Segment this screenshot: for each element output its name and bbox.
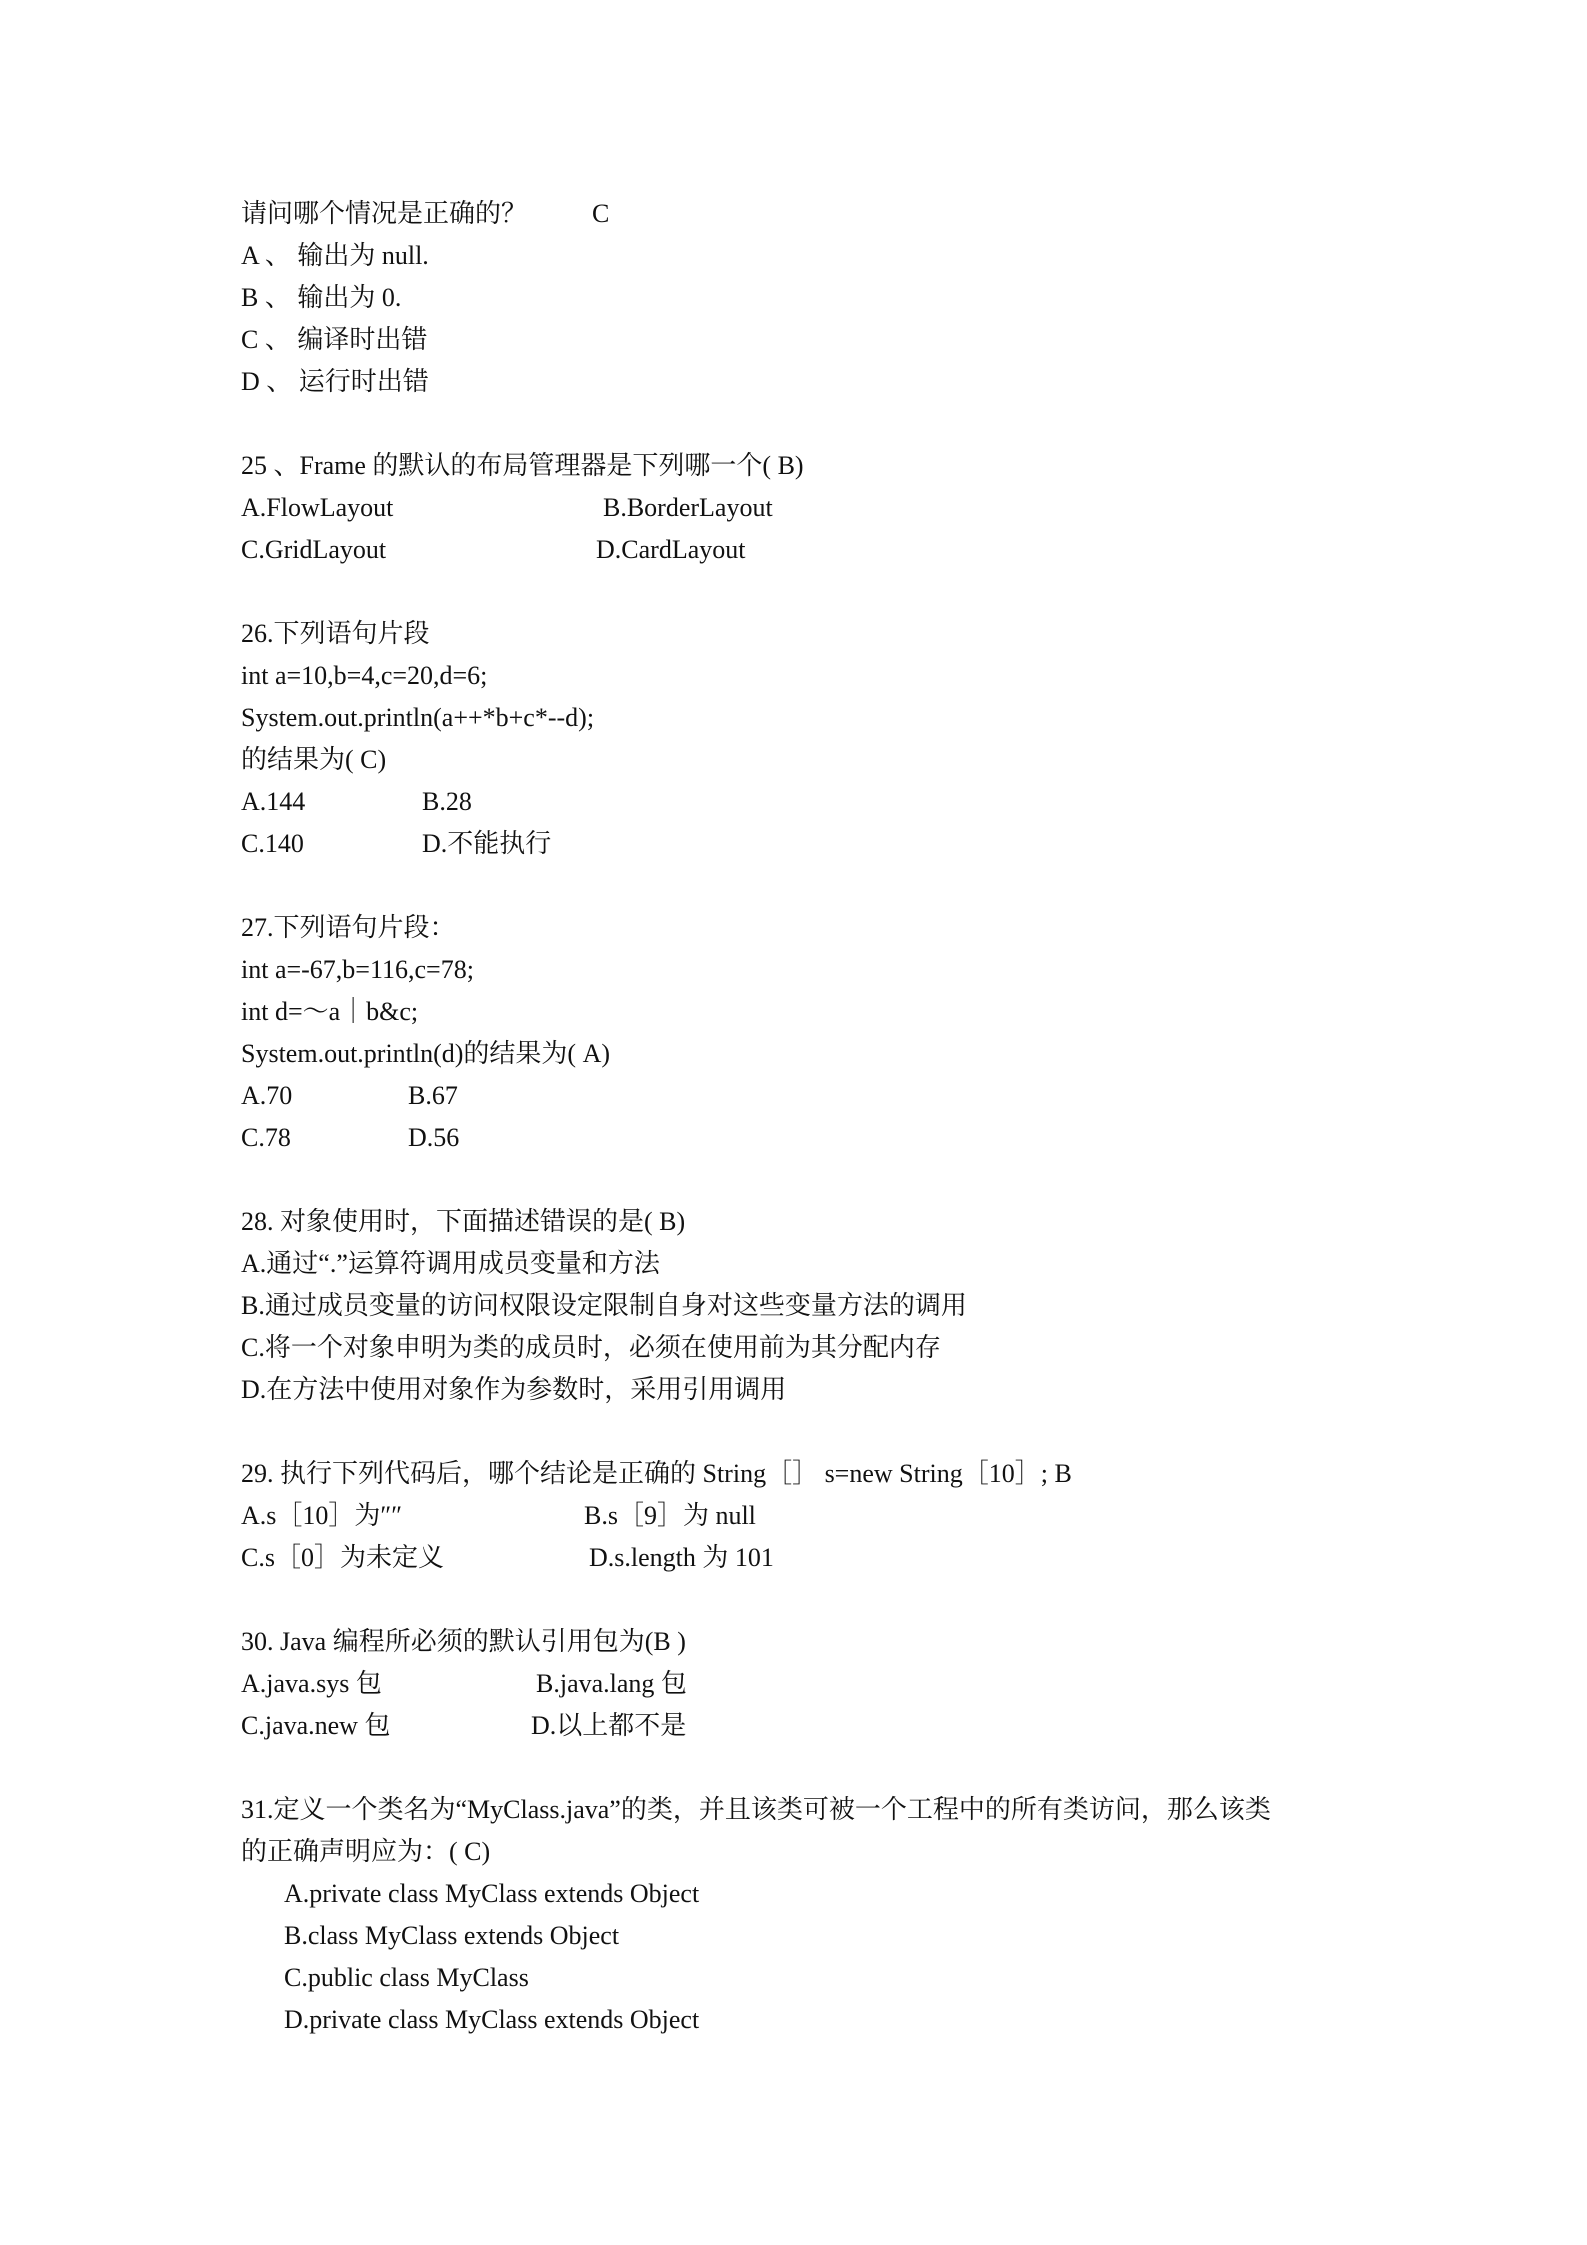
q31-question-line-1: 31.定义一个类名为“MyClass.java”的类，并且该类可被一个工程中的所… [241,1794,1271,1826]
q25-options-row2: C.GridLayout D.CardLayout [241,534,941,566]
q29-question: 29. 执行下列代码后，哪个结论是正确的 String［］ s=new Stri… [241,1458,1072,1490]
q29-options-row1: A.s［10］为″″ B.s［9］为 null [241,1500,941,1532]
q28-option-d: D.在方法中使用对象作为参数时，采用引用调用 [241,1374,786,1406]
q26-option-b: B.28 [422,786,472,818]
q27-code-line-1: int a=-67,b=116,c=78; [241,954,474,986]
q25-option-d: D.CardLayout [596,534,745,566]
q27-option-b: B.67 [408,1080,458,1112]
q30-question: 30. Java 编程所必须的默认引用包为(B ) [241,1626,686,1658]
q28-question: 28. 对象使用时，下面描述错误的是( B) [241,1206,685,1238]
q31-option-a: A.private class MyClass extends Object [284,1878,699,1910]
q30-option-c: C.java.new 包 [241,1711,390,1740]
q30-options-row2: C.java.new 包 D.以上都不是 [241,1710,941,1742]
q26-code-line-2: System.out.println(a++*b+c*--d); [241,702,594,734]
q25-option-c: C.GridLayout [241,535,386,564]
q24-option-a: A 、 输出为 null. [241,240,429,272]
q24-option-c: C 、 编译时出错 [241,324,427,356]
q26-option-a: A.144 [241,787,305,816]
q26-options-row1: A.144 B.28 [241,786,741,818]
q24-answer: C [592,198,609,230]
q29-option-c: C.s［0］为未定义 [241,1543,444,1572]
q27-option-c: C.78 [241,1123,291,1152]
q24-option-d: D 、 运行时出错 [241,366,429,398]
q26-option-c: C.140 [241,829,304,858]
q27-option-d: D.56 [408,1122,459,1154]
q25-options-row1: A.FlowLayout B.BorderLayout [241,492,941,524]
q27-options-row2: C.78 D.56 [241,1122,741,1154]
q27-code-line-2: int d=～a｜b&c; [241,996,418,1028]
q26-option-d: D.不能执行 [422,828,551,860]
q24-option-b: B 、 输出为 0. [241,282,401,314]
q28-option-c: C.将一个对象申明为类的成员时，必须在使用前为其分配内存 [241,1332,941,1364]
q24-question-text: 请问哪个情况是正确的？ [241,199,527,228]
q29-option-a: A.s［10］为″″ [241,1501,402,1530]
q27-result-line: System.out.println(d)的结果为( A) [241,1038,610,1070]
q31-option-b: B.class MyClass extends Object [284,1920,619,1952]
q25-question: 25 、Frame 的默认的布局管理器是下列哪一个( B) [241,450,804,482]
q29-options-row2: C.s［0］为未定义 D.s.length 为 101 [241,1542,941,1574]
q30-option-a: A.java.sys 包 [241,1669,382,1698]
q27-options-row1: A.70 B.67 [241,1080,741,1112]
q26-question: 26.下列语句片段 [241,618,430,650]
q30-option-b: B.java.lang 包 [536,1668,687,1700]
q29-option-b: B.s［9］为 null [584,1500,756,1532]
q28-option-a: A.通过“.”运算符调用成员变量和方法 [241,1248,660,1280]
q25-option-a: A.FlowLayout [241,493,393,522]
q31-question-line-2: 的正确声明应为：( C) [241,1836,490,1868]
q31-option-d: D.private class MyClass extends Object [284,2004,699,2036]
q29-option-d: D.s.length 为 101 [589,1542,774,1574]
q31-option-c: C.public class MyClass [284,1962,529,1994]
q26-result-line: 的结果为( C) [241,744,386,776]
q25-option-b: B.BorderLayout [603,492,773,524]
q24-question: 请问哪个情况是正确的？ C [241,198,527,230]
q27-option-a: A.70 [241,1081,292,1110]
q27-question: 27.下列语句片段： [241,912,456,944]
q30-option-d: D.以上都不是 [531,1710,686,1742]
q30-options-row1: A.java.sys 包 B.java.lang 包 [241,1668,941,1700]
q26-code-line-1: int a=10,b=4,c=20,d=6; [241,660,487,692]
q28-option-b: B.通过成员变量的访问权限设定限制自身对这些变量方法的调用 [241,1290,967,1322]
q26-options-row2: C.140 D.不能执行 [241,828,741,860]
